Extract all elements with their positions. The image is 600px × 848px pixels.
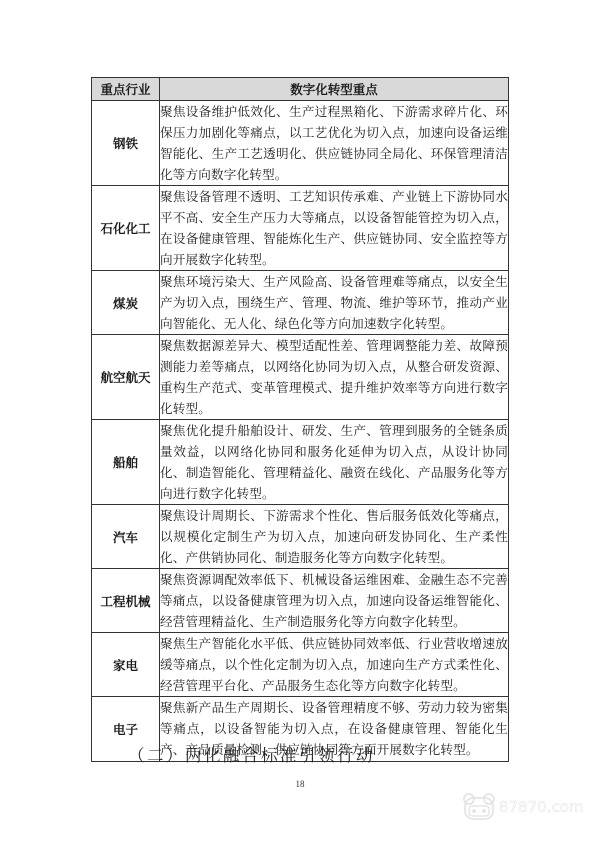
industry-name: 工程机械 — [92, 569, 160, 633]
industry-focus: 聚焦设计周期长、下游需求个性化、售后服务低效化等痛点，以规模化定制生产为切入点，… — [160, 505, 509, 569]
industry-focus: 聚焦设备管理不透明、工艺知识传承难、产业链上下游协同水平不高、安全生产压力大等痛… — [160, 186, 509, 271]
industry-name: 船舶 — [92, 420, 160, 505]
watermark-text: 87870.com — [499, 798, 584, 816]
bear-face-icon — [462, 792, 496, 822]
table-row: 家电聚焦生产智能化水平低、供应链协同效率低、行业营收增速放缓等痛点，以个性化定制… — [92, 633, 509, 697]
industry-name: 航空航天 — [92, 335, 160, 420]
industry-name: 石化化工 — [92, 186, 160, 271]
industry-focus: 聚焦资源调配效率低下、机械设备运维困难、金融生态不完善等痛点，以设备健康管理为切… — [160, 569, 509, 633]
header-industry: 重点行业 — [92, 78, 160, 101]
table-row: 煤炭聚焦环境污染大、生产风险高、设备管理难等痛点，以安全生产为切入点，围绕生产、… — [92, 271, 509, 335]
industry-focus: 聚焦设备维护低效化、生产过程黑箱化、下游需求碎片化、环保压力加剧化等痛点，以工艺… — [160, 101, 509, 186]
watermark: 87870.com — [462, 792, 584, 822]
table-row: 钢铁聚焦设备维护低效化、生产过程黑箱化、下游需求碎片化、环保压力加剧化等痛点，以… — [92, 101, 509, 186]
table-row: 汽车聚焦设计周期长、下游需求个性化、售后服务低效化等痛点，以规模化定制生产为切入… — [92, 505, 509, 569]
table-row: 工程机械聚焦资源调配效率低下、机械设备运维困难、金融生态不完善等痛点，以设备健康… — [92, 569, 509, 633]
industry-name: 钢铁 — [92, 101, 160, 186]
header-focus: 数字化转型重点 — [160, 78, 509, 101]
section-heading: （二）两化融合标准引领行动 — [128, 742, 375, 766]
table-row: 石化化工聚焦设备管理不透明、工艺知识传承难、产业链上下游协同水平不高、安全生产压… — [92, 186, 509, 271]
page-number: 18 — [0, 779, 600, 789]
industry-table: 重点行业 数字化转型重点 钢铁聚焦设备维护低效化、生产过程黑箱化、下游需求碎片化… — [91, 77, 509, 762]
industry-focus: 聚焦生产智能化水平低、供应链协同效率低、行业营收增速放缓等痛点，以个性化定制为切… — [160, 633, 509, 697]
industry-name: 汽车 — [92, 505, 160, 569]
industry-focus: 聚焦优化提升船舶设计、研发、生产、管理到服务的全链条质量效益，以网络化协同和服务… — [160, 420, 509, 505]
table-row: 船舶聚焦优化提升船舶设计、研发、生产、管理到服务的全链条质量效益，以网络化协同和… — [92, 420, 509, 505]
industry-name: 煤炭 — [92, 271, 160, 335]
industry-focus: 聚焦环境污染大、生产风险高、设备管理难等痛点，以安全生产为切入点，围绕生产、管理… — [160, 271, 509, 335]
table-row: 航空航天聚焦数据源差异大、模型适配性差、管理调整能力差、故障预测能力差等痛点，以… — [92, 335, 509, 420]
table-header-row: 重点行业 数字化转型重点 — [92, 78, 509, 101]
industry-focus: 聚焦数据源差异大、模型适配性差、管理调整能力差、故障预测能力差等痛点，以网络化协… — [160, 335, 509, 420]
industry-name: 家电 — [92, 633, 160, 697]
document-page: 重点行业 数字化转型重点 钢铁聚焦设备维护低效化、生产过程黑箱化、下游需求碎片化… — [0, 0, 600, 848]
